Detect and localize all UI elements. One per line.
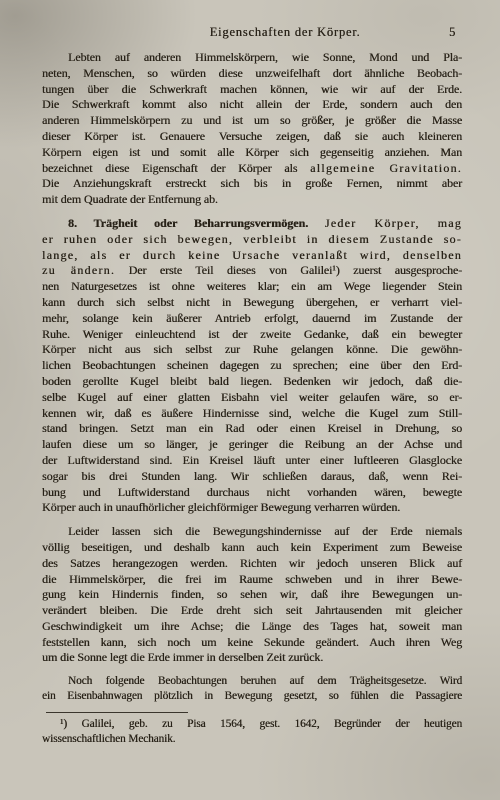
plain-text: Lebten auf anderen Himmelskörpern, wie S… — [68, 50, 462, 64]
plain-text: neten, Menschen, so würden diese unzweif… — [42, 66, 462, 80]
plain-text: ein Eisenbahnwagen plötzlich in Bewegung… — [42, 690, 462, 702]
text-line: bung und Luftwiderstand durchaus nicht v… — [42, 485, 462, 501]
plain-text: anderen Himmelskörpern zu und ist um so … — [42, 113, 462, 127]
text-line: Lebten auf anderen Himmelskörpern, wie S… — [42, 50, 462, 66]
running-header-title: Eigenschaften der Körper. — [210, 25, 361, 40]
text-line: kennen wir, daß es äußere Hindernisse si… — [42, 406, 462, 422]
plain-text: völlig beseitigen, und deshalb kann auch… — [42, 540, 462, 554]
text-line: boden gerollte Kugel bleibt bald liegen.… — [42, 374, 462, 390]
text-line: mit dem Quadrate der Entfernung ab. — [42, 192, 462, 208]
plain-text: sogar bis drei Stunden lang. Wir schließ… — [42, 469, 462, 483]
text-line: er ruhen oder sich bewegen, verbleibt in… — [42, 232, 462, 248]
text-body: Lebten auf anderen Himmelskörpern, wie S… — [42, 50, 462, 704]
plain-text: gung kein Hindernis finden, so sehen wir… — [42, 587, 462, 601]
plain-text: Körper nicht aus sich selbst zur Ruhe ge… — [42, 342, 462, 356]
plain-text: dieser Körper ist. Genauere Versuche zei… — [42, 129, 462, 143]
text-line: lichen Beobachtungen scheinen dagegen zu… — [42, 358, 462, 374]
book-page: Eigenschaften der Körper. 5 Lebten auf a… — [0, 0, 500, 800]
text-line: der Luftwiderstand sind. Ein Kreisel läu… — [42, 453, 462, 469]
text-column: Eigenschaften der Körper. 5 Lebten auf a… — [42, 0, 462, 800]
plain-text: um die Sonne legt die Erde immer in ders… — [42, 650, 323, 664]
plain-text: feststellen kann, sich noch um keine Sek… — [42, 635, 462, 649]
text-line: des Satzes herangezogen werden. Richten … — [42, 556, 462, 572]
plain-text: Die Schwerkraft kommt also nicht allein … — [42, 97, 462, 111]
plain-text: der Luftwiderstand sind. Ein Kreisel läu… — [42, 453, 462, 467]
plain-text: wissenschaftlichen Mechanik. — [42, 733, 175, 745]
paragraph: Leider lassen sich die Bewegungshinderni… — [42, 524, 462, 666]
plain-text: selbe Kugel auf einer glatten Eisbahn vi… — [42, 390, 462, 404]
plain-text: Die Anziehungskraft erstreckt sich bis i… — [42, 176, 462, 190]
text-line: dieser Körper ist. Genauere Versuche zei… — [42, 129, 462, 145]
plain-text: Ruhe. Weniger einleuchtend ist der zweit… — [42, 327, 462, 341]
emphasized-text: Jeder Körper, mag — [325, 216, 462, 230]
emphasized-text: 8. Trägheit oder Beharrungsvermögen. — [68, 216, 308, 230]
text-line: wissenschaftlichen Mechanik. — [42, 732, 462, 747]
plain-text: nen Naturgesetzes ist ohne weiteres klar… — [42, 279, 462, 293]
plain-text: bezeichnet diese Eigenschaft der Körper … — [42, 161, 310, 175]
text-line: anderen Himmelskörpern zu und ist um so … — [42, 113, 462, 129]
text-line: feststellen kann, sich noch um keine Sek… — [42, 635, 462, 651]
text-line: Geschwindigkeit um ihre Achse; die Länge… — [42, 619, 462, 635]
plain-text: kann durch sich selbst nicht in Bewegung… — [42, 295, 462, 309]
text-line: kann durch sich selbst nicht in Bewegung… — [42, 295, 462, 311]
text-line: ein Eisenbahnwagen plötzlich in Bewegung… — [42, 689, 462, 704]
plain-text: Geschwindigkeit um ihre Achse; die Länge… — [42, 619, 462, 633]
text-line: Körper nicht aus sich selbst zur Ruhe ge… — [42, 342, 462, 358]
plain-text: stand bringen. Setzt man ein Rad oder ei… — [42, 421, 462, 435]
plain-text: verändert bleiben. Die Erde dreht sich s… — [42, 603, 462, 617]
text-line: nen Naturgesetzes ist ohne weiteres klar… — [42, 279, 462, 295]
text-line: 8. Trägheit oder Beharrungsvermögen. Jed… — [42, 216, 462, 232]
plain-text: lichen Beobachtungen scheinen dagegen zu… — [42, 358, 462, 372]
text-line: die Himmelskörper, die frei im Raume sch… — [42, 572, 462, 588]
text-line: laufen diese um so länger, je geringer d… — [42, 437, 462, 453]
text-line: Die Anziehungskraft erstreckt sich bis i… — [42, 176, 462, 192]
text-line: selbe Kugel auf einer glatten Eisbahn vi… — [42, 390, 462, 406]
text-line: ¹) Galilei, geb. zu Pisa 1564, gest. 164… — [42, 717, 462, 732]
emphasized-text: lange, als er durch keine Ursache veranl… — [42, 248, 462, 262]
text-line: Leider lassen sich die Bewegungshinderni… — [42, 524, 462, 540]
text-line: um die Sonne legt die Erde immer in ders… — [42, 650, 462, 666]
paragraph: Noch folgende Beobachtungen beruhen auf … — [42, 674, 462, 704]
plain-text: Leider lassen sich die Bewegungshinderni… — [68, 524, 462, 538]
plain-text — [308, 216, 325, 230]
plain-text: mehr, solange kein äußerer Antrieb erfol… — [42, 311, 462, 325]
emphasized-text: allgemeine Gravitation. — [310, 161, 462, 175]
plain-text: Der erste Teil dieses von Galilei¹) zuer… — [115, 263, 462, 277]
text-line: sogar bis drei Stunden lang. Wir schließ… — [42, 469, 462, 485]
paragraph: Lebten auf anderen Himmelskörpern, wie S… — [42, 50, 462, 208]
text-line: verändert bleiben. Die Erde dreht sich s… — [42, 603, 462, 619]
emphasized-text: zu ändern. — [42, 263, 115, 277]
text-line: völlig beseitigen, und deshalb kann auch… — [42, 540, 462, 556]
text-line: Ruhe. Weniger einleuchtend ist der zweit… — [42, 327, 462, 343]
page-number: 5 — [449, 25, 456, 40]
emphasized-text: er ruhen oder sich bewegen, verbleibt in… — [42, 232, 462, 246]
text-line: stand bringen. Setzt man ein Rad oder ei… — [42, 421, 462, 437]
plain-text: tungen über die Schwerkraft machen könne… — [42, 82, 462, 96]
running-header: Eigenschaften der Körper. 5 — [42, 25, 462, 42]
plain-text: Körper auch in unaufhörlicher gleichförm… — [42, 500, 400, 514]
plain-text: Noch folgende Beobachtungen beruhen auf … — [68, 675, 462, 687]
text-line: gung kein Hindernis finden, so sehen wir… — [42, 587, 462, 603]
text-line: bezeichnet diese Eigenschaft der Körper … — [42, 161, 462, 177]
plain-text: die Himmelskörper, die frei im Raume sch… — [42, 572, 462, 586]
text-line: Noch folgende Beobachtungen beruhen auf … — [42, 674, 462, 689]
text-line: lange, als er durch keine Ursache veranl… — [42, 248, 462, 264]
text-line: zu ändern. Der erste Teil dieses von Gal… — [42, 263, 462, 279]
text-line: Die Schwerkraft kommt also nicht allein … — [42, 97, 462, 113]
text-line: Körpern eigen ist und somit alle Körper … — [42, 145, 462, 161]
footnote-separator — [46, 712, 188, 713]
footnote: ¹) Galilei, geb. zu Pisa 1564, gest. 164… — [42, 717, 462, 747]
plain-text: des Satzes herangezogen werden. Richten … — [42, 556, 462, 570]
plain-text: Körpern eigen ist und somit alle Körper … — [42, 145, 462, 159]
text-line: Körper auch in unaufhörlicher gleichförm… — [42, 500, 462, 516]
plain-text: bung und Luftwiderstand durchaus nicht v… — [42, 485, 462, 499]
paragraph: 8. Trägheit oder Beharrungsvermögen. Jed… — [42, 216, 462, 516]
plain-text: mit dem Quadrate der Entfernung ab. — [42, 192, 218, 206]
text-line: tungen über die Schwerkraft machen könne… — [42, 82, 462, 98]
plain-text: kennen wir, daß es äußere Hindernisse si… — [42, 406, 462, 420]
plain-text: boden gerollte Kugel bleibt bald liegen.… — [42, 374, 462, 388]
text-line: mehr, solange kein äußerer Antrieb erfol… — [42, 311, 462, 327]
plain-text: ¹) Galilei, geb. zu Pisa 1564, gest. 164… — [60, 718, 462, 730]
plain-text: laufen diese um so länger, je geringer d… — [42, 437, 462, 451]
text-line: neten, Menschen, so würden diese unzweif… — [42, 66, 462, 82]
